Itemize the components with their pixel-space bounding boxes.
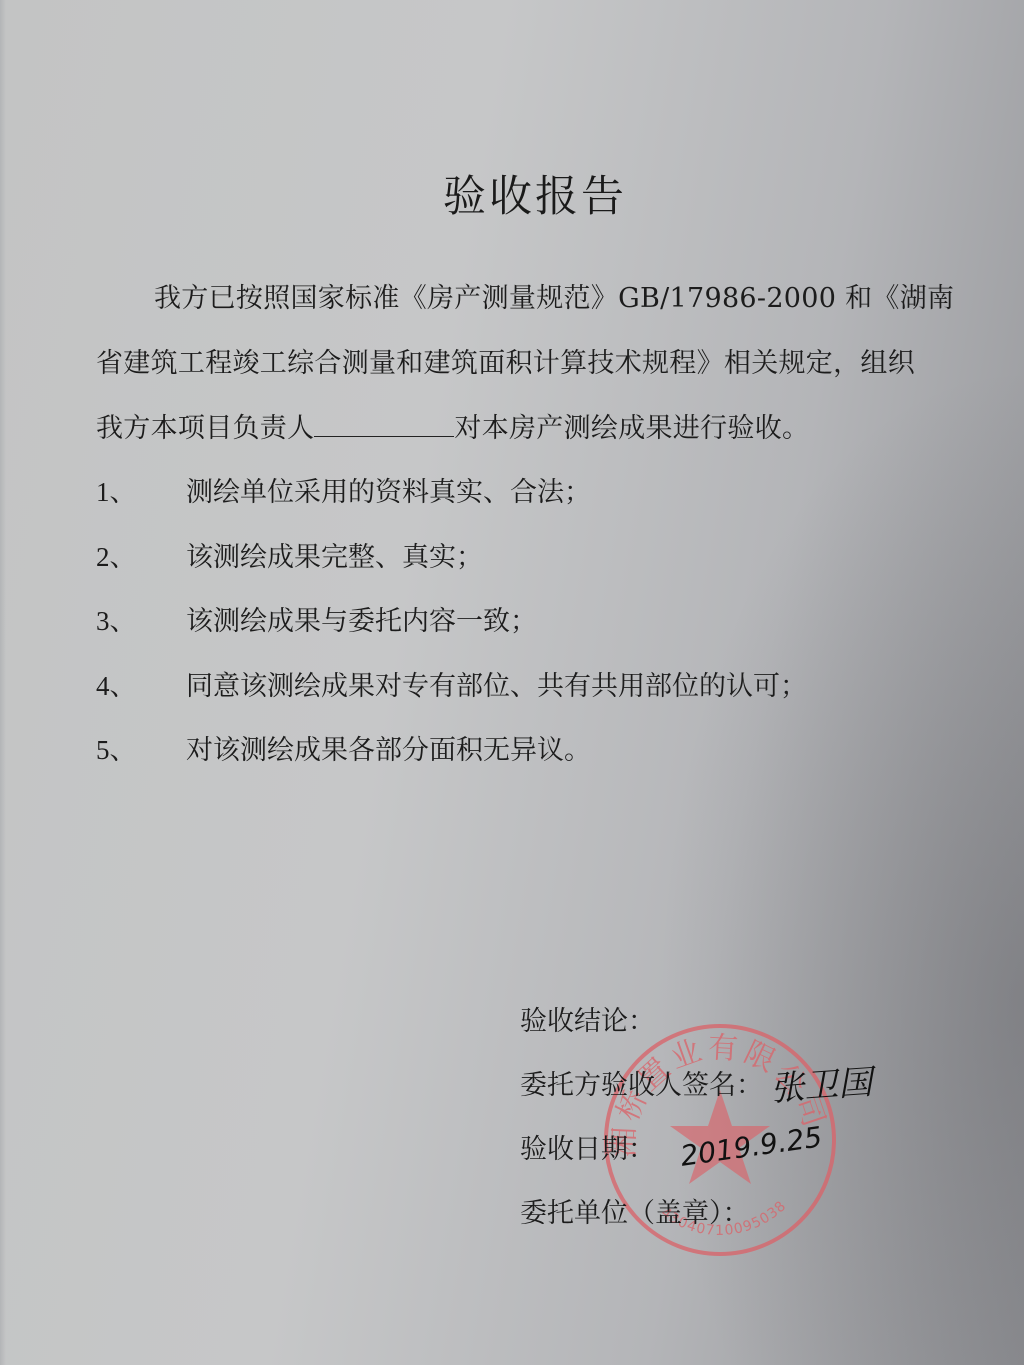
signature-block: 验收结论： 委托方验收人签名： 验收日期： 委托单位（盖章）： <box>520 1000 763 1256</box>
document-title: 验收报告 <box>0 163 1024 224</box>
handwritten-signature: 张卫国 <box>768 1055 873 1111</box>
list-item: 4、同意该测绘成果对专有部位、共有共用部位的认可； <box>96 654 807 719</box>
list-item: 2、该测绘成果完整、真实； <box>96 525 807 590</box>
intro-paragraph: 我方已按照国家标准《房产测量规范》GB/17986-2000 和《湖南 省建筑工… <box>96 266 976 461</box>
item-text: 该测绘成果完整、真实； <box>186 542 483 573</box>
intro-line-3-end: 对本房产测绘成果进行验收。 <box>454 413 809 444</box>
list-item: 3、该测绘成果与委托内容一致； <box>96 589 807 654</box>
item-text: 同意该测绘成果对专有部位、共有共用部位的认可； <box>186 671 807 702</box>
item-number: 2、 <box>96 525 186 590</box>
item-number: 1、 <box>96 460 186 525</box>
item-number: 3、 <box>96 589 186 654</box>
list-item: 5、对该测绘成果各部分面积无异议。 <box>96 718 807 783</box>
item-text: 该测绘成果与委托内容一致； <box>186 606 537 637</box>
item-text: 对该测绘成果各部分面积无异议。 <box>186 735 591 766</box>
date-label: 验收日期： <box>520 1128 763 1192</box>
conclusion-label: 验收结论： <box>520 1000 763 1064</box>
responsible-person-blank <box>314 410 454 437</box>
signer-label: 委托方验收人签名： <box>520 1064 763 1128</box>
item-number: 5、 <box>96 718 186 783</box>
item-number: 4、 <box>96 654 186 719</box>
list-item: 1、测绘单位采用的资料真实、合法； <box>96 460 807 525</box>
intro-line-3: 我方本项目负责人对本房产测绘成果进行验收。 <box>96 396 976 461</box>
unit-label: 委托单位（盖章）： <box>520 1192 763 1256</box>
acceptance-items-list: 1、测绘单位采用的资料真实、合法； 2、该测绘成果完整、真实； 3、该测绘成果与… <box>96 460 807 783</box>
item-text: 测绘单位采用的资料真实、合法； <box>186 477 591 508</box>
intro-line-1: 我方已按照国家标准《房产测量规范》GB/17986-2000 和《湖南 <box>96 266 976 331</box>
intro-line-2: 省建筑工程竣工综合测量和建筑面积计算技术规程》相关规定，组织 <box>96 331 976 396</box>
intro-line-3-start: 我方本项目负责人 <box>96 413 314 444</box>
